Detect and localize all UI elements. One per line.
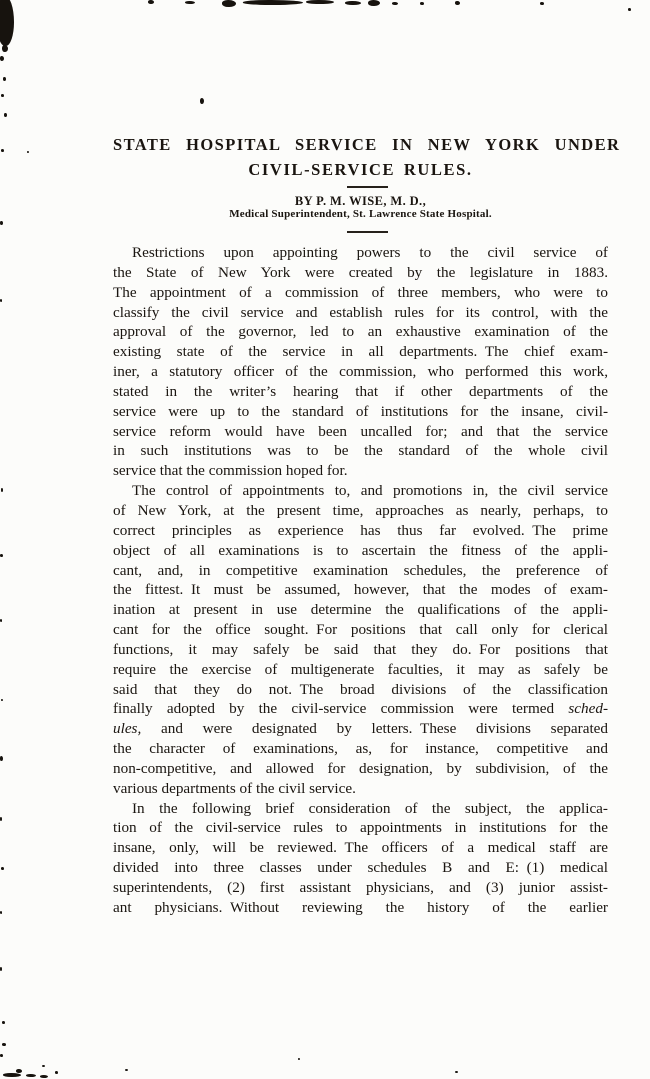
body-text: in such institutions was to be the stand… xyxy=(113,442,608,459)
scan-artifact xyxy=(40,1075,48,1078)
body-text: service reform would have been uncalled … xyxy=(113,423,608,440)
scan-artifact xyxy=(243,0,303,5)
body-text: iner, a statutory officer of the commiss… xyxy=(113,363,608,380)
body-line: the character of examinations, as, for i… xyxy=(113,739,608,759)
body-line: service were up to the standard of insti… xyxy=(113,402,608,422)
scan-artifact xyxy=(0,56,4,61)
scan-artifact xyxy=(26,1074,36,1077)
body-line: existing state of the service in all dep… xyxy=(113,342,608,362)
scan-artifact xyxy=(0,0,14,46)
author-affiliation: Medical Superintendent, St. Lawrence Sta… xyxy=(113,208,608,220)
body-line: the State of New York were created by th… xyxy=(113,263,608,283)
article-title-line2: CIVIL-SERVICE RULES. xyxy=(113,160,608,180)
body-line: Restrictions upon appointing powers to t… xyxy=(113,243,608,263)
body-text: ant physicians. Without reviewing the hi… xyxy=(113,899,608,916)
separator-rule-bottom xyxy=(347,231,388,233)
body-text: object of all examinations is to ascerta… xyxy=(113,542,608,559)
body-line: cant for the office sought. For position… xyxy=(113,620,608,640)
article-title-line1: STATE HOSPITAL SERVICE IN NEW YORK UNDER xyxy=(113,135,608,155)
body-line: service reform would have been uncalled … xyxy=(113,422,608,442)
body-text: classify the civil service and establish… xyxy=(113,304,608,321)
scan-artifact xyxy=(148,0,154,4)
body-line: service that the commission hoped for. xyxy=(113,461,608,481)
body-line: cant, and, in competitive examination sc… xyxy=(113,561,608,581)
scan-artifact xyxy=(455,1,460,5)
body-line: insane, only, will be reviewed. The offi… xyxy=(113,838,608,858)
scan-artifact xyxy=(628,8,631,11)
body-text: insane, only, will be reviewed. The offi… xyxy=(113,839,608,856)
scan-artifact xyxy=(2,1043,6,1046)
body-line: said that they do not. The broad divisio… xyxy=(113,680,608,700)
scan-artifact xyxy=(1,699,3,701)
scan-artifact xyxy=(455,1071,458,1073)
article-title: STATE HOSPITAL SERVICE IN NEW YORK UNDER… xyxy=(113,135,608,180)
body-text: cant for the office sought. For position… xyxy=(113,621,608,638)
body-line: tion of the civil-service rules to appoi… xyxy=(113,818,608,838)
scan-artifact xyxy=(0,756,3,761)
scan-artifact xyxy=(298,1058,300,1060)
scan-artifact xyxy=(1,149,4,152)
body-line: iner, a statutory officer of the commiss… xyxy=(113,362,608,382)
scan-artifact xyxy=(222,0,236,7)
scan-artifact xyxy=(4,113,7,117)
body-text: The control of appointments to, and prom… xyxy=(132,482,608,499)
body-line: object of all examinations is to ascerta… xyxy=(113,541,608,561)
scan-artifact xyxy=(125,1069,128,1071)
body-text: of New York, at the present time, approa… xyxy=(113,502,608,519)
scan-artifact xyxy=(185,1,195,4)
scan-artifact xyxy=(0,967,2,971)
scan-artifact xyxy=(1,867,4,870)
body-text: correct principles as experience has thu… xyxy=(113,522,608,539)
body-line: non-competitive, and allowed for designa… xyxy=(113,759,608,779)
body-text: and were designated by letters. These di… xyxy=(141,720,608,737)
body-text: finally adopted by the civil-service com… xyxy=(113,700,568,717)
body-text: tion of the civil-service rules to appoi… xyxy=(113,819,608,836)
scan-artifact xyxy=(42,1065,45,1067)
body-line: in such institutions was to be the stand… xyxy=(113,441,608,461)
body-line: classify the civil service and establish… xyxy=(113,303,608,323)
scan-artifact xyxy=(345,1,361,5)
body-text: The appointment of a commission of three… xyxy=(113,284,608,301)
body-text: require the exercise of multigenerate fa… xyxy=(113,661,608,678)
article-body: Restrictions upon appointing powers to t… xyxy=(113,243,608,918)
body-line: ination at present in use determine the … xyxy=(113,600,608,620)
body-line: the fittest. It must be assumed, however… xyxy=(113,580,608,600)
scan-artifact xyxy=(306,0,334,4)
scan-artifact xyxy=(420,2,424,5)
body-line: approval of the governor, led to an exha… xyxy=(113,322,608,342)
body-line: of New York, at the present time, approa… xyxy=(113,501,608,521)
body-line: finally adopted by the civil-service com… xyxy=(113,699,608,719)
scan-artifact xyxy=(368,0,380,6)
scan-artifact xyxy=(0,1054,3,1057)
body-text: approval of the governor, led to an exha… xyxy=(113,323,608,340)
body-line: stated in the writer’s hearing that if o… xyxy=(113,382,608,402)
scan-artifact xyxy=(2,45,8,52)
body-line: various departments of the civil service… xyxy=(113,779,608,799)
body-text: the character of examinations, as, for i… xyxy=(113,740,608,757)
body-text: ination at present in use determine the … xyxy=(113,601,608,618)
body-line: In the following brief consideration of … xyxy=(113,799,608,819)
scan-artifact xyxy=(200,98,204,104)
body-line: The appointment of a commission of three… xyxy=(113,283,608,303)
scan-artifact xyxy=(0,619,2,622)
scan-artifact xyxy=(0,554,3,557)
scan-artifact xyxy=(55,1071,58,1074)
scan-artifact xyxy=(2,1021,5,1024)
body-line: The control of appointments to, and prom… xyxy=(113,481,608,501)
body-line: correct principles as experience has thu… xyxy=(113,521,608,541)
body-text: cant, and, in competitive examination sc… xyxy=(113,562,608,579)
scan-artifact xyxy=(3,77,6,81)
body-line: ules, and were designated by letters. Th… xyxy=(113,719,608,739)
scan-artifact xyxy=(0,221,3,225)
scan-artifact xyxy=(0,817,2,821)
body-line: functions, it may safely be said that th… xyxy=(113,640,608,660)
body-line: divided into three classes under schedul… xyxy=(113,858,608,878)
body-text: stated in the writer’s hearing that if o… xyxy=(113,383,608,400)
scan-artifact xyxy=(392,2,398,5)
body-text: service that the commission hoped for. xyxy=(113,462,348,479)
body-line: ant physicians. Without reviewing the hi… xyxy=(113,898,608,918)
body-text: various departments of the civil service… xyxy=(113,780,356,797)
scan-artifact xyxy=(0,299,2,302)
byline: BY P. M. WISE, M. D., xyxy=(113,194,608,209)
separator-rule-top xyxy=(347,186,388,188)
body-text-italic: ules, xyxy=(113,720,141,737)
body-text: superintendents, (2) first assistant phy… xyxy=(113,879,608,896)
body-text: the State of New York were created by th… xyxy=(113,264,608,281)
scan-artifact xyxy=(3,1073,21,1077)
body-line: require the exercise of multigenerate fa… xyxy=(113,660,608,680)
body-text: In the following brief consideration of … xyxy=(132,800,608,817)
body-text: Restrictions upon appointing powers to t… xyxy=(132,244,608,261)
scan-artifact xyxy=(1,94,4,97)
body-text: said that they do not. The broad divisio… xyxy=(113,681,608,698)
body-text: functions, it may safely be said that th… xyxy=(113,641,608,658)
body-text: the fittest. It must be assumed, however… xyxy=(113,581,608,598)
scan-artifact xyxy=(0,911,2,914)
body-text: service were up to the standard of insti… xyxy=(113,403,608,420)
body-text: divided into three classes under schedul… xyxy=(113,859,608,876)
scan-artifact xyxy=(27,151,29,153)
body-text-italic: sched- xyxy=(568,700,608,717)
body-text: non-competitive, and allowed for designa… xyxy=(113,760,608,777)
document-page: STATE HOSPITAL SERVICE IN NEW YORK UNDER… xyxy=(0,0,650,1079)
scan-artifact xyxy=(1,488,3,492)
scan-artifact xyxy=(540,2,544,5)
body-text: existing state of the service in all dep… xyxy=(113,343,608,360)
body-line: superintendents, (2) first assistant phy… xyxy=(113,878,608,898)
